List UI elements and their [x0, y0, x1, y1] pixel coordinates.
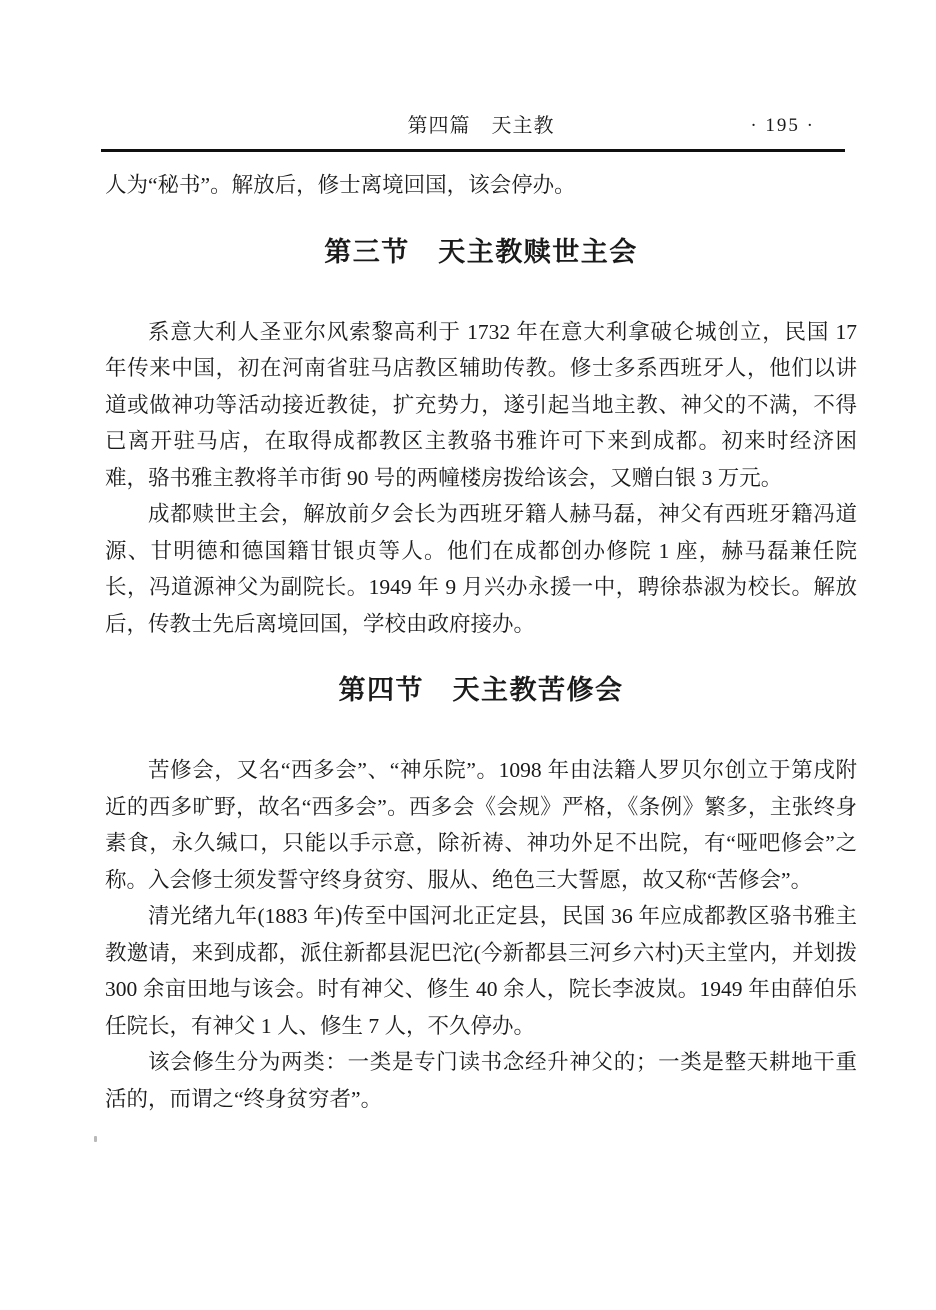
header-rule — [101, 149, 845, 152]
section-4-paragraph-3: 该会修生分为两类：一类是专门读书念经升神父的；一类是整天耕地干重活的，而谓之“终… — [105, 1044, 857, 1117]
section-4-paragraph-1: 苦修会，又名“西多会”、“神乐院”。1098 年由法籍人罗贝尔创立于第戌附近的西… — [105, 752, 857, 898]
section-3-heading: 第三节 天主教赎世主会 — [105, 232, 857, 272]
scan-speck-artifact — [94, 1136, 97, 1142]
section-3-paragraph-2: 成都赎世主会，解放前夕会长为西班牙籍人赫马磊，神父有西班牙籍冯道源、甘明德和德国… — [105, 496, 857, 642]
content-column: 第四篇 天主教 · 195 · 人为“秘书”。解放后，修士离境回国，该会停办。 … — [105, 112, 857, 1117]
running-header-title: 第四篇 天主教 — [105, 112, 857, 140]
continuation-paragraph: 人为“秘书”。解放后，修士离境回国，该会停办。 — [105, 167, 857, 204]
section-4-heading: 第四节 天主教苦修会 — [105, 670, 857, 710]
section-3-paragraph-1: 系意大利人圣亚尔风索黎高利于 1732 年在意大利拿破仑城创立，民国 17 年传… — [105, 314, 857, 497]
scanned-book-page: 第四篇 天主教 · 195 · 人为“秘书”。解放后，修士离境回国，该会停办。 … — [0, 0, 936, 1310]
page-number: · 195 · — [750, 112, 815, 140]
section-4-paragraph-2: 清光绪九年(1883 年)传至中国河北正定县，民国 36 年应成都教区骆书雅主教… — [105, 898, 857, 1044]
body-text: 人为“秘书”。解放后，修士离境回国，该会停办。 第三节 天主教赎世主会 系意大利… — [105, 167, 857, 1117]
running-header: 第四篇 天主教 · 195 · — [105, 112, 857, 142]
